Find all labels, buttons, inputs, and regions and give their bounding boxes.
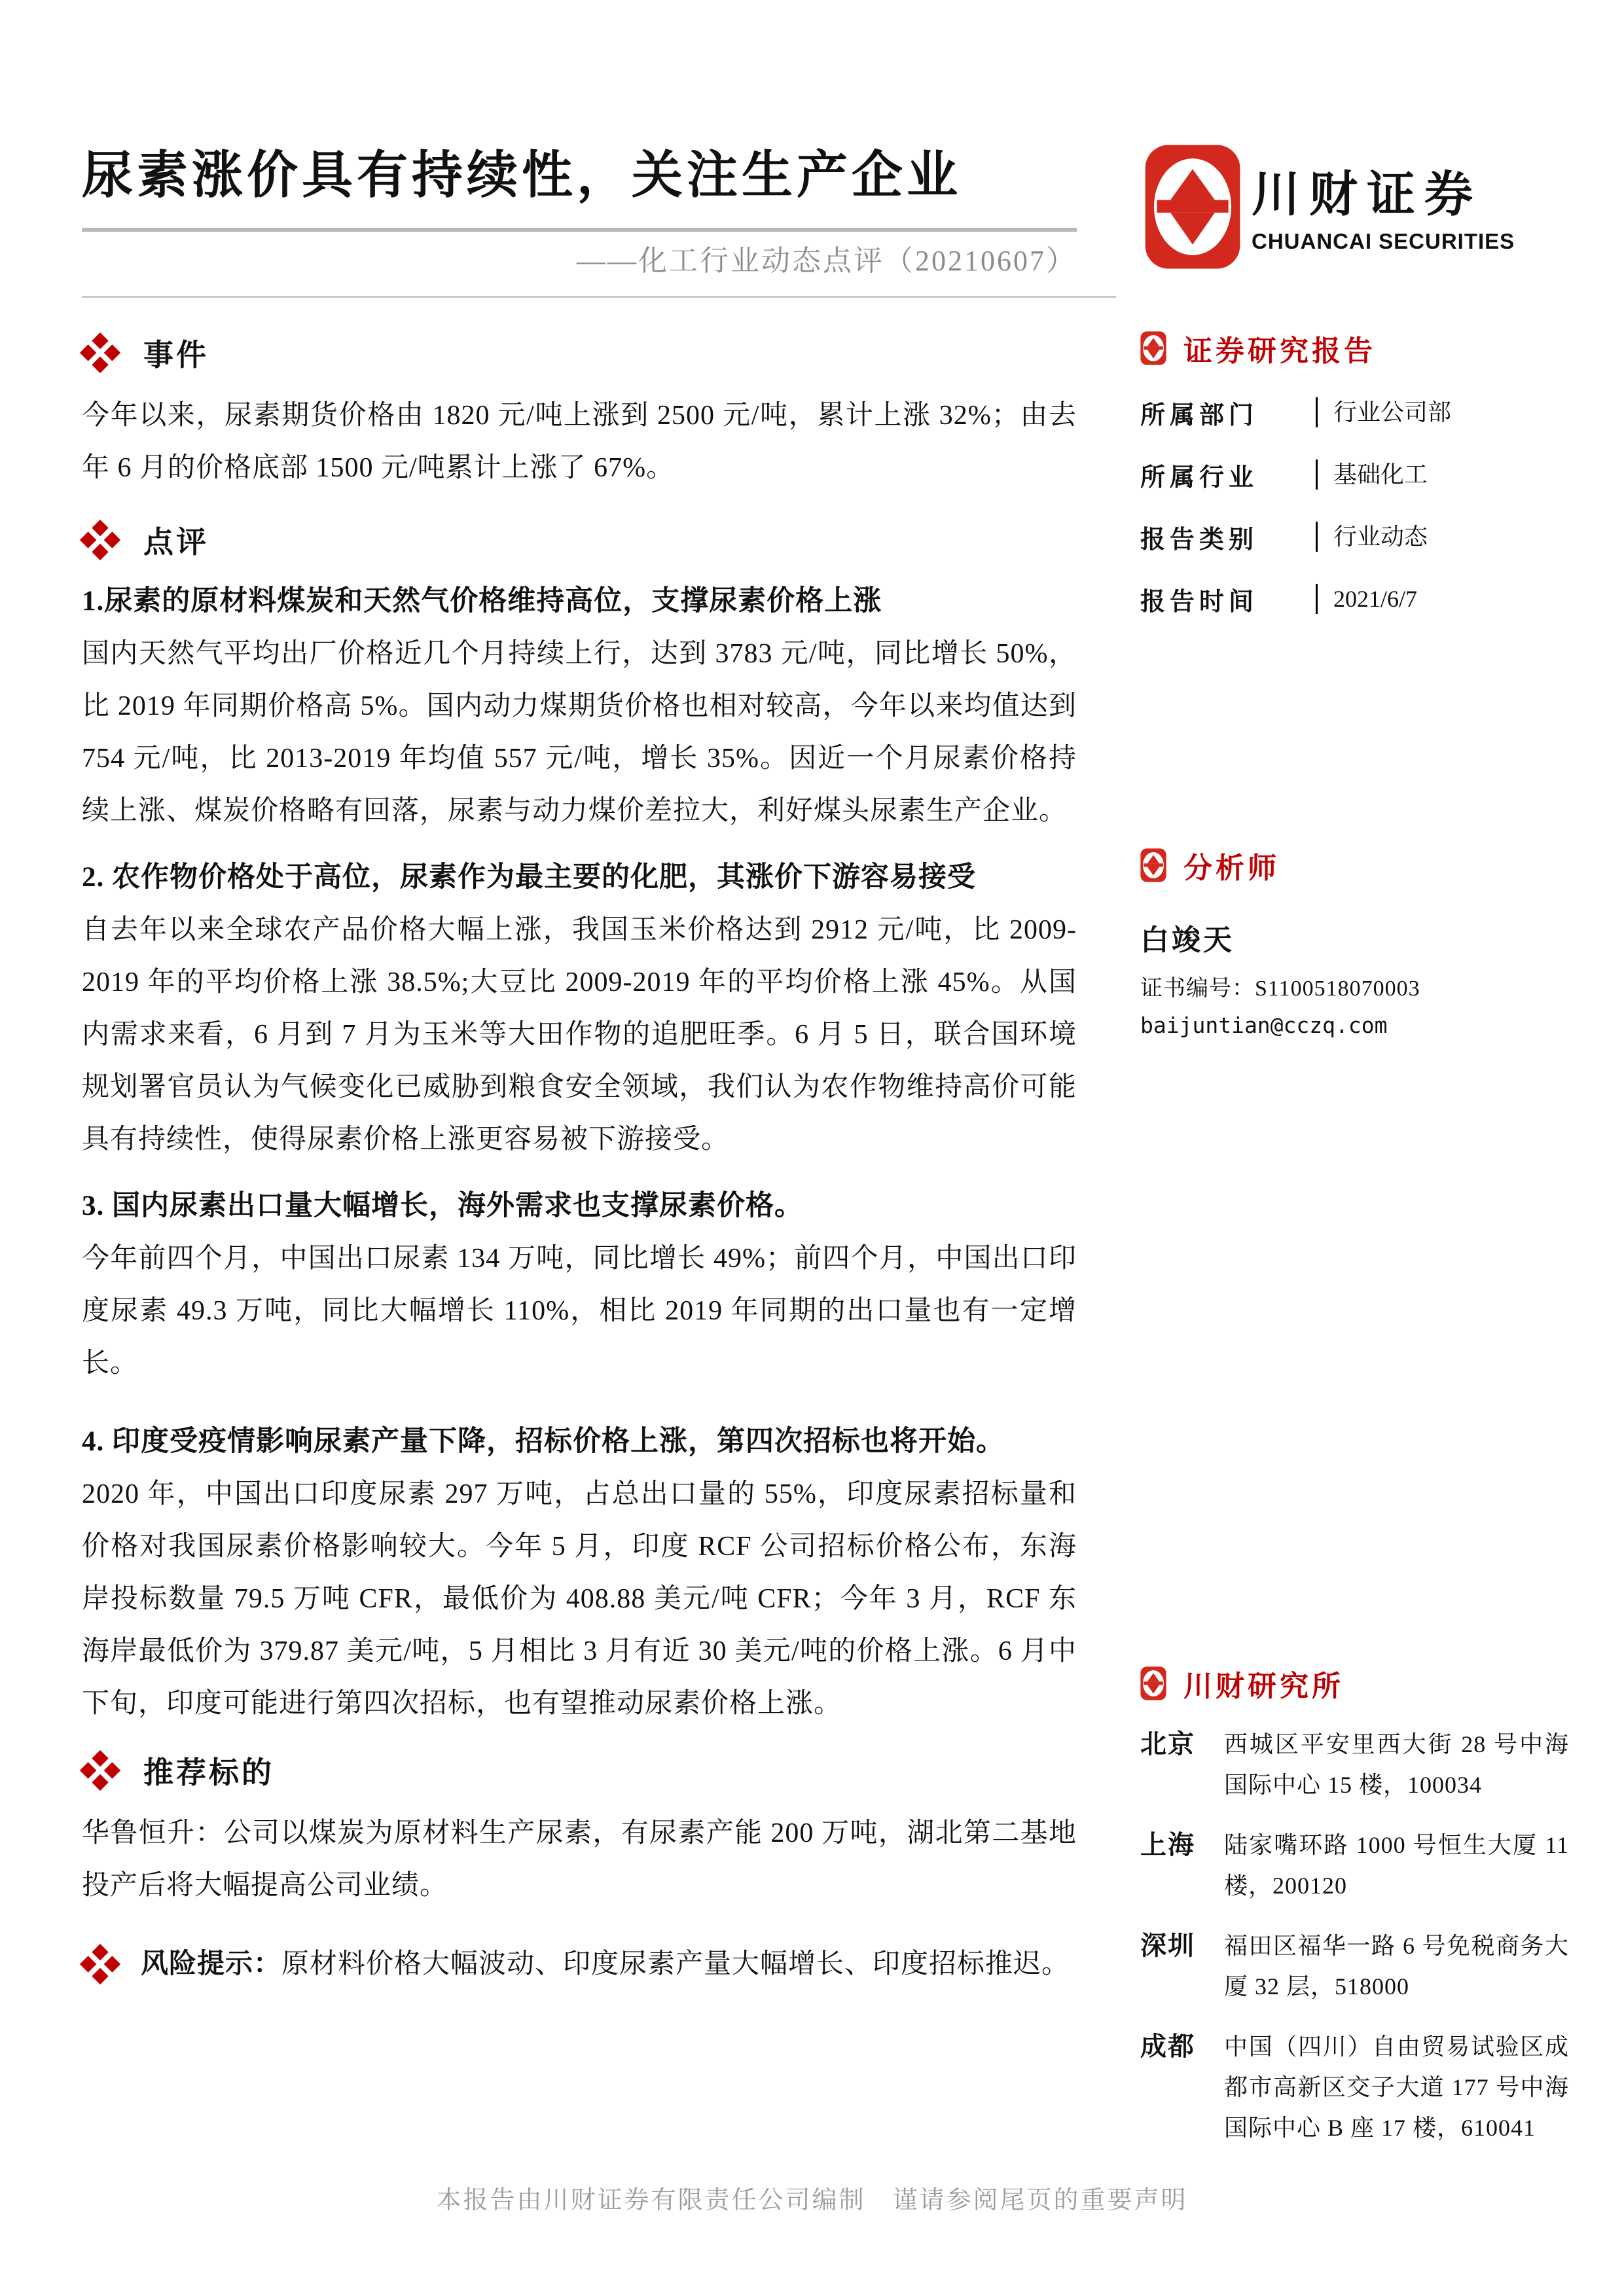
page-title: 尿素涨价具有持续性，关注生产企业 [82, 141, 1077, 209]
point-title: 3. 国内尿素出口量大幅增长，海外需求也支撑尿素价格。 [82, 1180, 1077, 1232]
point-text: 2020 年，中国出口印度尿素 297 万吨，占总出口量的 55%，印度尿素招标… [82, 1468, 1077, 1730]
brand-text: 川财证券 CHUANCAI SECURITIES [1252, 144, 1515, 270]
field-value: 行业动态 [1316, 522, 1428, 552]
main-column: 尿素涨价具有持续性，关注生产企业 ——化工行业动态点评（20210607） 事件… [82, 141, 1077, 1990]
section-risk: 风险提示：原材料价格大幅波动、印度尿素产量大幅增长、印度招标推迟。 [82, 1938, 1077, 1990]
header-divider [82, 296, 1116, 298]
field-label: 所属部门 [1140, 395, 1297, 431]
field-label: 所属行业 [1140, 457, 1297, 493]
comment-heading-row: 点评 [82, 519, 1077, 561]
point-title: 1.尿素的原材料煤炭和天然气价格维持高位，支撑尿素价格上涨 [82, 575, 1077, 628]
risk-text-line: 风险提示：原材料价格大幅波动、印度尿素产量大幅增长、印度招标推迟。 [141, 1938, 1070, 1990]
office-address: 中国（四川）自由贸易试验区成都市高新区交子大道 177 号中海国际中心 B 座 … [1224, 2026, 1569, 2148]
office-address: 陆家嘴环路 1000 号恒生大厦 11 楼，200120 [1224, 1825, 1569, 1906]
research-heading-row: 川财研究所 [1140, 1662, 1569, 1704]
report-badge-row: 证券研究报告 [1140, 327, 1569, 369]
field-label: 报告类别 [1140, 519, 1297, 555]
chuancai-logo-icon [1140, 331, 1166, 365]
research-heading: 川财研究所 [1183, 1662, 1344, 1704]
analyst-heading: 分析师 [1183, 844, 1280, 886]
field-report-date: 报告时间 2021/6/7 [1140, 582, 1569, 616]
field-value: 基础化工 [1316, 459, 1428, 490]
office-address: 福田区福华一路 6 号免税商务大厦 32 层，518000 [1224, 1926, 1569, 2007]
field-department: 所属部门 行业公司部 [1140, 395, 1569, 429]
section-comment: 点评 1.尿素的原材料煤炭和天然气价格维持高位，支撑尿素价格上涨 国内天然气平均… [82, 519, 1077, 1730]
recommend-heading-row: 推荐标的 [82, 1749, 1077, 1791]
comment-heading: 点评 [143, 518, 209, 562]
office-city: 成都 [1140, 2026, 1224, 2148]
field-value: 行业公司部 [1316, 397, 1451, 427]
section-event: 事件 今年以来，尿素期货价格由 1820 元/吨上涨到 2500 元/吨，累计上… [82, 332, 1077, 494]
comment-point-3: 3. 国内尿素出口量大幅增长，海外需求也支撑尿素价格。 今年前四个月，中国出口尿… [82, 1180, 1077, 1390]
office-shenzhen: 深圳 福田区福华一路 6 号免税商务大厦 32 层，518000 [1140, 1926, 1569, 2007]
risk-label: 风险提示： [141, 1949, 281, 1979]
research-office-block: 川财研究所 北京 西城区平安里西大街 28 号中海国际中心 15 楼，10003… [1140, 1662, 1569, 2148]
point-text: 今年前四个月，中国出口尿素 134 万吨，同比增长 49%；前四个月，中国出口印… [82, 1232, 1077, 1390]
office-beijing: 北京 西城区平安里西大街 28 号中海国际中心 15 楼，100034 [1140, 1724, 1569, 1805]
diamond-bullet-icon [80, 520, 120, 560]
risk-text: 原材料价格大幅波动、印度尿素产量大幅增长、印度招标推迟。 [281, 1949, 1070, 1979]
recommend-heading: 推荐标的 [143, 1749, 274, 1792]
point-text: 国内天然气平均出厂价格近几个月持续上行，达到 3783 元/吨，同比增长 50%… [82, 628, 1077, 837]
point-title: 2. 农作物价格处于高位，尿素作为最主要的化肥，其涨价下游容易接受 [82, 852, 1077, 904]
office-city: 上海 [1140, 1825, 1224, 1906]
point-title: 4. 印度受疫情影响尿素产量下降，招标价格上涨，第四次招标也将开始。 [82, 1416, 1077, 1468]
brand-name-cn: 川财证券 [1252, 169, 1515, 221]
recommend-paragraph: 华鲁恒升：公司以煤炭为原材料生产尿素，有尿素产能 200 万吨，湖北第二基地投产… [82, 1807, 1077, 1912]
analyst-block: 分析师 白竣天 证书编号：S1100518070003 baijuntian@c… [1140, 844, 1569, 1038]
office-chengdu: 成都 中国（四川）自由贸易试验区成都市高新区交子大道 177 号中海国际中心 B… [1140, 2026, 1569, 2148]
office-shanghai: 上海 陆家嘴环路 1000 号恒生大厦 11 楼，200120 [1140, 1825, 1569, 1906]
report-page: 川财证券 CHUANCAI SECURITIES 尿素涨价具有持续性，关注生产企… [0, 0, 1624, 2296]
diamond-bullet-icon [80, 332, 120, 373]
analyst-heading-row: 分析师 [1140, 844, 1569, 886]
diamond-bullet-icon [80, 1944, 120, 1984]
field-label: 报告时间 [1140, 581, 1297, 617]
analyst-name: 白竣天 [1140, 916, 1569, 958]
office-address: 西城区平安里西大街 28 号中海国际中心 15 楼，100034 [1224, 1724, 1569, 1805]
chuancai-logo-icon [1140, 848, 1166, 882]
report-badge: 证券研究报告 [1183, 327, 1376, 369]
office-city: 北京 [1140, 1724, 1224, 1805]
analyst-cert-number: 证书编号：S1100518070003 [1140, 970, 1569, 1002]
comment-point-2: 2. 农作物价格处于高位，尿素作为最主要的化肥，其涨价下游容易接受 自去年以来全… [82, 852, 1077, 1166]
title-divider [82, 228, 1077, 232]
chuancai-logo-icon [1140, 1666, 1166, 1700]
diamond-bullet-icon [80, 1750, 120, 1791]
event-heading-row: 事件 [82, 332, 1077, 374]
office-city: 深圳 [1140, 1926, 1224, 2007]
report-meta-fields: 所属部门 行业公司部 所属行业 基础化工 报告类别 行业动态 报告时间 2021… [1140, 395, 1569, 616]
report-subtitle: ——化工行业动态点评（20210607） [82, 241, 1077, 281]
comment-point-1: 1.尿素的原材料煤炭和天然气价格维持高位，支撑尿素价格上涨 国内天然气平均出厂价… [82, 575, 1077, 837]
event-heading: 事件 [143, 331, 209, 374]
event-paragraph: 今年以来，尿素期货价格由 1820 元/吨上涨到 2500 元/吨，累计上涨 3… [82, 389, 1077, 494]
brand-name-en: CHUANCAI SECURITIES [1252, 229, 1515, 254]
chuancai-logo-icon [1144, 144, 1241, 270]
analyst-email: baijuntian@cczq.com [1140, 1013, 1569, 1038]
field-report-type: 报告类别 行业动态 [1140, 520, 1569, 554]
field-industry: 所属行业 基础化工 [1140, 457, 1569, 492]
footer-disclaimer: 本报告由川财证券有限责任公司编制 谨请参阅尾页的重要声明 [0, 2179, 1624, 2215]
comment-point-4: 4. 印度受疫情影响尿素产量下降，招标价格上涨，第四次招标也将开始。 2020 … [82, 1416, 1077, 1730]
field-value: 2021/6/7 [1316, 584, 1417, 614]
point-text: 自去年以来全球农产品价格大幅上涨，我国玉米价格达到 2912 元/吨，比 200… [82, 904, 1077, 1166]
sidebar: 证券研究报告 所属部门 行业公司部 所属行业 基础化工 报告类别 行业动态 报告… [1140, 327, 1569, 2265]
section-recommendation: 推荐标的 华鲁恒升：公司以煤炭为原材料生产尿素，有尿素产能 200 万吨，湖北第… [82, 1749, 1077, 1912]
brand: 川财证券 CHUANCAI SECURITIES [1144, 144, 1515, 270]
